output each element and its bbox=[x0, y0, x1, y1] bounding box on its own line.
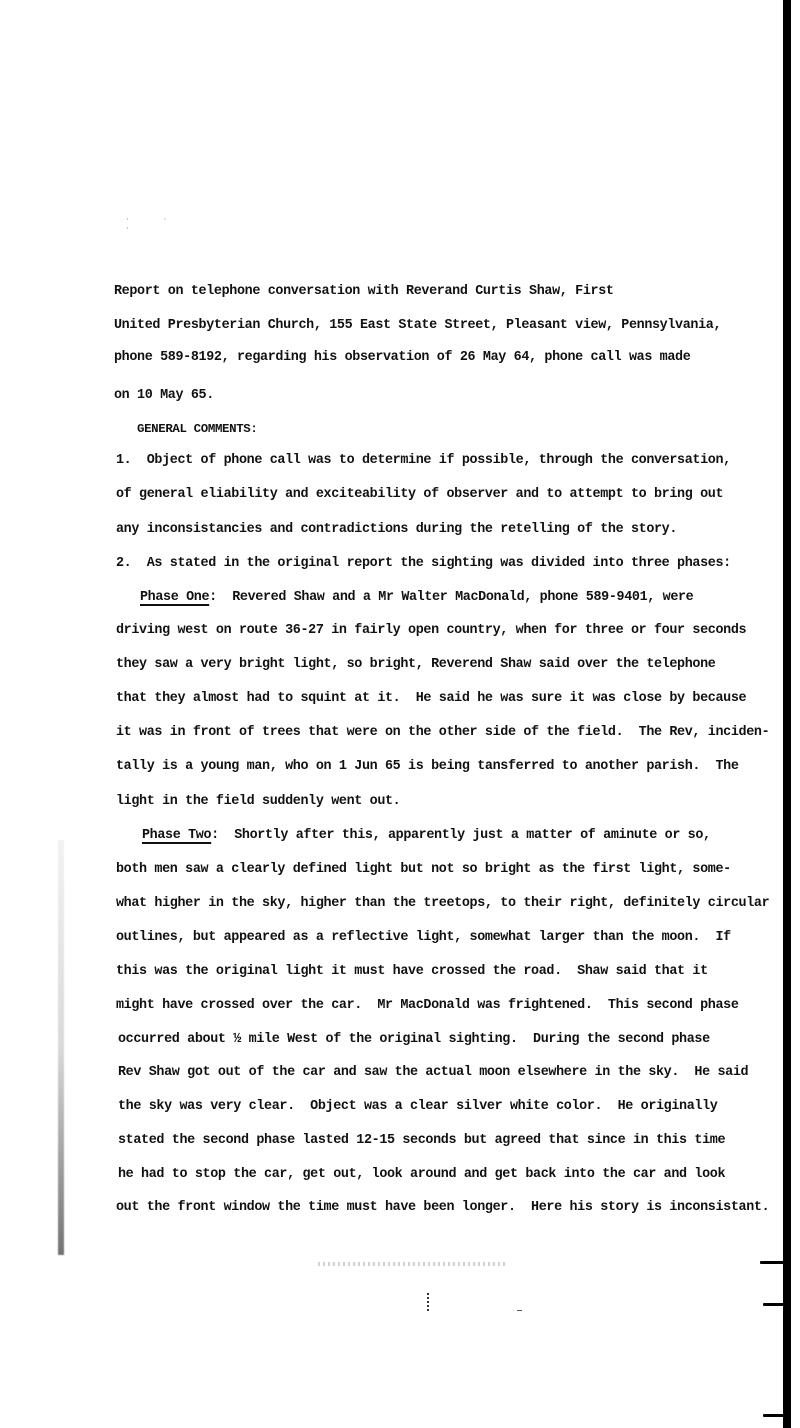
phase-two-line: both men saw a clearly defined light but… bbox=[116, 862, 731, 878]
phase-two-line: what higher in the sky, higher than the … bbox=[116, 896, 769, 912]
phase-two-line: stated the second phase lasted 12-15 sec… bbox=[118, 1133, 725, 1149]
intro-line: on 10 May 65. bbox=[114, 388, 214, 404]
scan-edge-noise bbox=[58, 840, 64, 1255]
phase-one-text: : Revered Shaw and a Mr Walter MacDonald… bbox=[209, 590, 693, 605]
scan-mark bbox=[427, 1293, 429, 1313]
phase-one-line: tally is a young man, who on 1 Jun 65 is… bbox=[116, 759, 739, 775]
phase-two-line: Rev Shaw got out of the car and saw the … bbox=[118, 1065, 748, 1081]
scan-mark bbox=[517, 1310, 522, 1311]
phase-one-first-line: Phase One: Revered Shaw and a Mr Walter … bbox=[140, 590, 693, 606]
item1-line: any inconsistancies and contradictions d… bbox=[116, 522, 677, 538]
document-page: · · · Report on telephone conversation w… bbox=[0, 0, 800, 1428]
scan-edge-tick bbox=[763, 1414, 784, 1417]
phase-one-line: driving west on route 36-27 in fairly op… bbox=[116, 623, 746, 639]
scan-binding-edge bbox=[783, 0, 791, 1428]
item1-line: 1. Object of phone call was to determine… bbox=[116, 453, 731, 469]
intro-line: phone 589-8192, regarding his observatio… bbox=[114, 350, 690, 366]
phase-one-line: they saw a very bright light, so bright,… bbox=[116, 657, 716, 673]
intro-line: Report on telephone conversation with Re… bbox=[114, 284, 614, 300]
item2-line: 2. As stated in the original report the … bbox=[116, 556, 731, 572]
phase-two-line: outlines, but appeared as a reflective l… bbox=[116, 930, 731, 946]
scan-edge-tick bbox=[760, 1261, 784, 1264]
phase-two-text: : Shortly after this, apparently just a … bbox=[211, 828, 711, 843]
phase-two-line: he had to stop the car, get out, look ar… bbox=[118, 1167, 725, 1183]
phase-two-first-line: Phase Two: Shortly after this, apparentl… bbox=[142, 828, 711, 844]
phase-one-line: light in the field suddenly went out. bbox=[116, 794, 400, 810]
scan-specks: · · · bbox=[125, 215, 185, 227]
phase-two-line: the sky was very clear. Object was a cle… bbox=[118, 1099, 718, 1115]
phase-one-line: it was in front of trees that were on th… bbox=[116, 725, 769, 741]
scan-smudge bbox=[318, 1262, 508, 1266]
intro-line: United Presbyterian Church, 155 East Sta… bbox=[114, 318, 721, 334]
item1-line: of general eliability and exciteability … bbox=[116, 487, 723, 503]
phase-two-line: this was the original light it must have… bbox=[116, 964, 708, 980]
phase-two-label: Phase Two bbox=[142, 828, 211, 843]
scan-edge-tick bbox=[763, 1303, 784, 1306]
phase-two-line: occurred about ½ mile West of the origin… bbox=[118, 1032, 710, 1048]
phase-two-line: out the front window the time must have … bbox=[116, 1200, 769, 1216]
section-heading: GENERAL COMMENTS: bbox=[137, 421, 257, 437]
phase-two-line: might have crossed over the car. Mr MacD… bbox=[116, 998, 739, 1014]
phase-one-label: Phase One bbox=[140, 590, 209, 605]
phase-one-line: that they almost had to squint at it. He… bbox=[116, 691, 746, 707]
